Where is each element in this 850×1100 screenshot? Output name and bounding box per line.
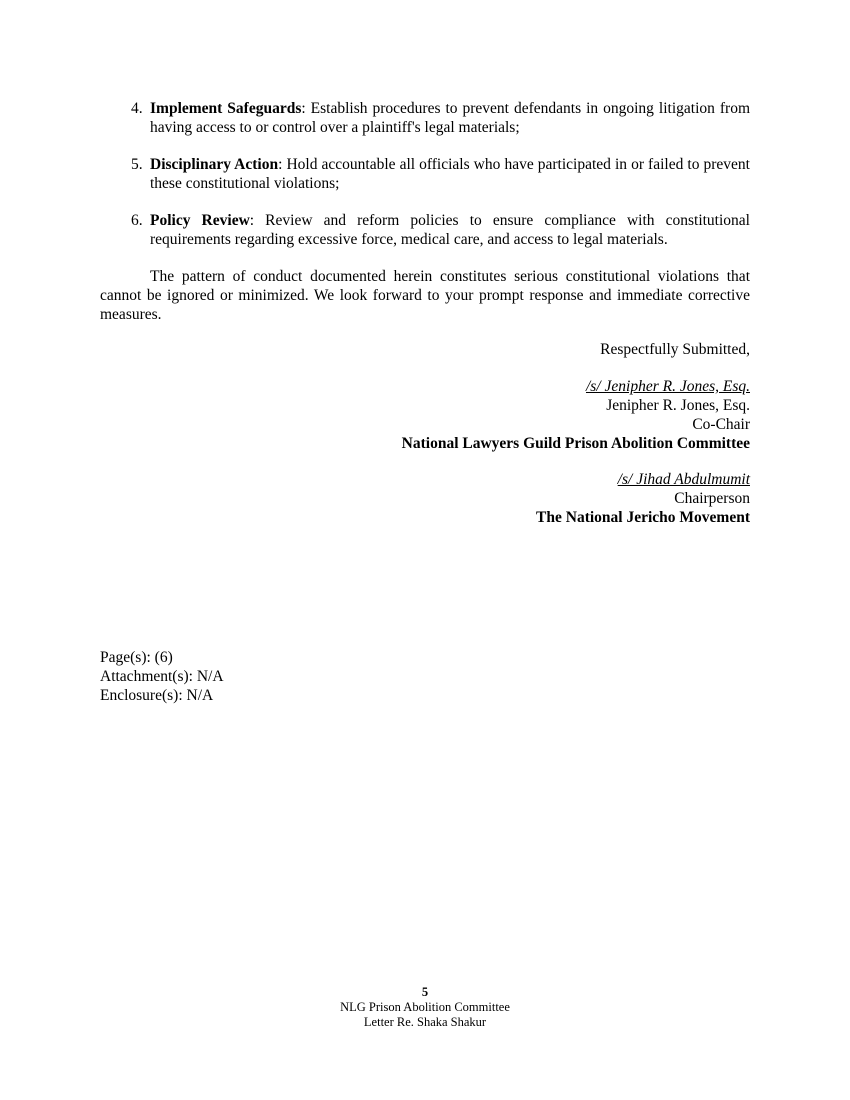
list-item: 6. Policy Review: Review and reform poli… — [100, 211, 750, 249]
e-signature-1: /s/ Jenipher R. Jones, Esq. — [250, 377, 750, 396]
document-meta: Page(s): (6) Attachment(s): N/A Enclosur… — [100, 648, 224, 705]
item-title: Disciplinary Action — [150, 156, 278, 173]
pages-count: Page(s): (6) — [100, 648, 224, 667]
signer-1-title: Co-Chair — [250, 415, 750, 434]
recommendations-list: 4. Implement Safeguards: Establish proce… — [100, 99, 750, 267]
enclosures: Enclosure(s): N/A — [100, 686, 224, 705]
list-item: 5. Disciplinary Action: Hold accountable… — [100, 155, 750, 193]
item-number: 6. — [131, 211, 143, 230]
closing-salutation: Respectfully Submitted, — [250, 340, 750, 359]
signer-2-organization: The National Jericho Movement — [250, 508, 750, 527]
footer-line-2: Letter Re. Shaka Shakur — [0, 1015, 850, 1030]
page-footer: 5 NLG Prison Abolition Committee Letter … — [0, 985, 850, 1030]
signer-1-organization: National Lawyers Guild Prison Abolition … — [250, 434, 750, 453]
attachments: Attachment(s): N/A — [100, 667, 224, 686]
signature-block-1: /s/ Jenipher R. Jones, Esq. Jenipher R. … — [250, 377, 750, 453]
item-number: 4. — [131, 99, 143, 118]
signer-2-title: Chairperson — [250, 489, 750, 508]
item-title: Implement Safeguards — [150, 100, 301, 117]
item-title: Policy Review — [150, 212, 250, 229]
footer-line-1: NLG Prison Abolition Committee — [0, 1000, 850, 1015]
closing-paragraph: The pattern of conduct documented herein… — [100, 267, 750, 324]
list-item: 4. Implement Safeguards: Establish proce… — [100, 99, 750, 137]
e-signature-2: /s/ Jihad Abdulmumit — [250, 470, 750, 489]
signature-block-2: /s/ Jihad Abdulmumit Chairperson The Nat… — [250, 470, 750, 527]
page-number: 5 — [0, 985, 850, 1000]
item-number: 5. — [131, 155, 143, 174]
signer-1-name: Jenipher R. Jones, Esq. — [250, 396, 750, 415]
